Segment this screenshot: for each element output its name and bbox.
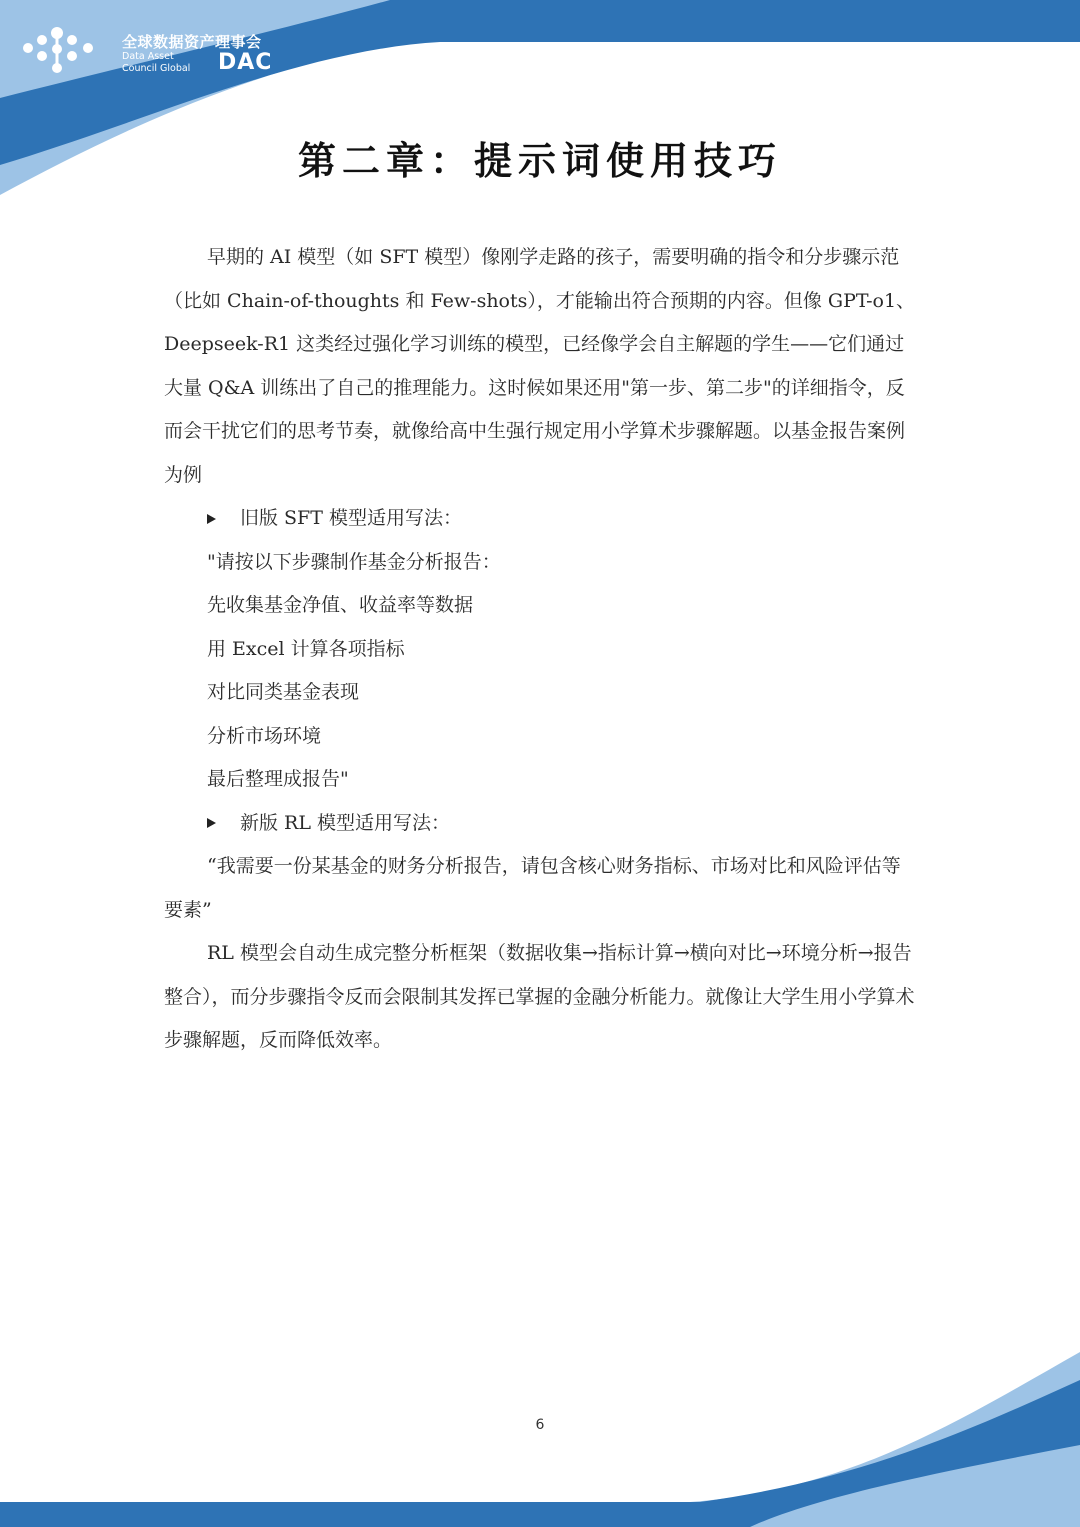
new-prompt-quote: “我需要一份某基金的财务分析报告，请包含核心财务指标、市场对比和风险评估等要素” (164, 845, 916, 932)
old-prompt-line: 先收集基金净值、收益率等数据 (164, 584, 916, 628)
page-number: 6 (0, 1417, 1080, 1433)
molecule-dots-icon (22, 26, 98, 76)
org-abbr: DAC (218, 50, 272, 75)
old-prompt-line: "请按以下步骤制作基金分析报告： (164, 541, 916, 585)
triangle-bullet-icon (207, 514, 216, 524)
org-name-en-line1: Data Asset (122, 51, 174, 62)
old-prompt-line: 最后整理成报告" (164, 758, 916, 802)
bullet-new-label: 新版 RL 模型适用写法： (240, 802, 450, 846)
org-name-en-line2: Council Global (122, 63, 190, 74)
intro-paragraph: 早期的 AI 模型（如 SFT 模型）像刚学走路的孩子，需要明确的指令和分步骤示… (164, 236, 916, 497)
bullet-new-rl: 新版 RL 模型适用写法： (164, 802, 916, 846)
chapter-title: 第二章：提示词使用技巧 (0, 130, 1080, 185)
bullet-old-sft: 旧版 SFT 模型适用写法： (164, 497, 916, 541)
old-prompt-line: 对比同类基金表现 (164, 671, 916, 715)
old-prompt-line: 用 Excel 计算各项指标 (164, 628, 916, 672)
org-name-cn: 全球数据资产理事会 (122, 31, 262, 52)
old-prompt-line: 分析市场环境 (164, 715, 916, 759)
org-logo: 全球数据资产理事会 Data Asset Council Global DAC (22, 26, 262, 76)
conclusion-paragraph: RL 模型会自动生成完整分析框架（数据收集→指标计算→横向对比→环境分析→报告整… (164, 932, 916, 1063)
triangle-bullet-icon (207, 818, 216, 828)
chapter-body: 早期的 AI 模型（如 SFT 模型）像刚学走路的孩子，需要明确的指令和分步骤示… (164, 236, 916, 1063)
bullet-old-label: 旧版 SFT 模型适用写法： (240, 497, 462, 541)
